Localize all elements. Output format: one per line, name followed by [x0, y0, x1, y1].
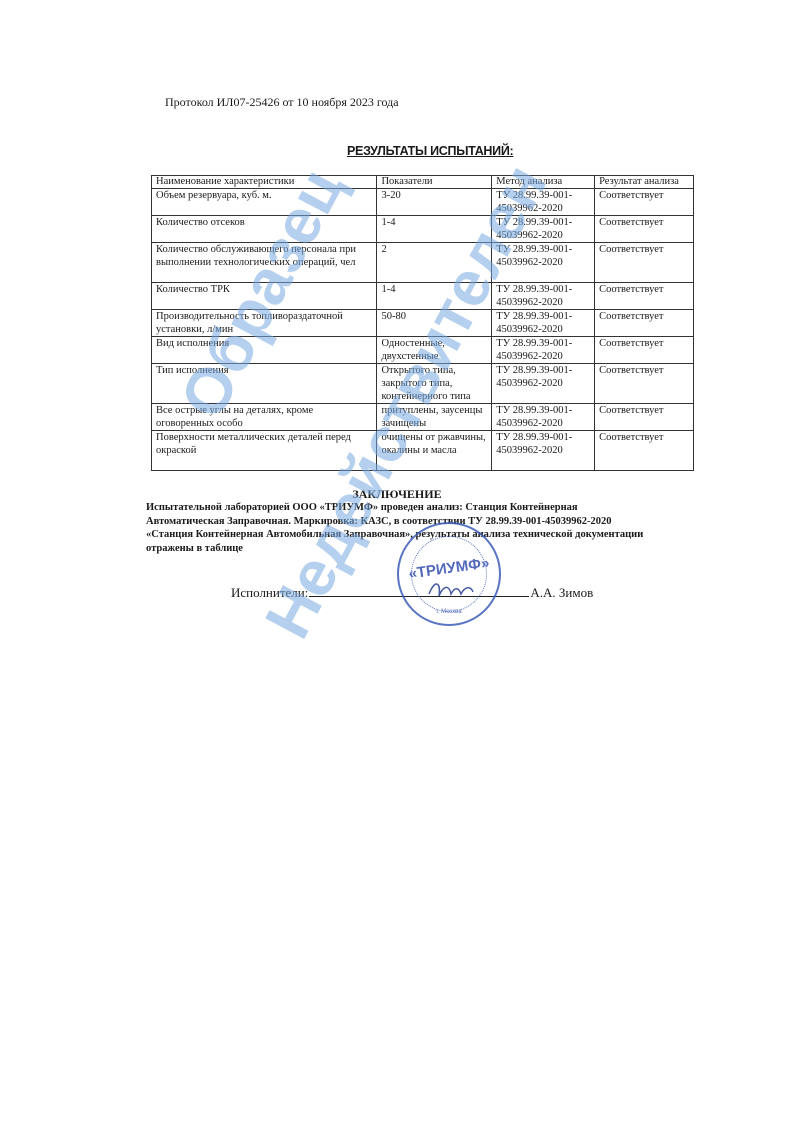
cell-method: ТУ 28.99.39-001-45039962-2020 [492, 189, 595, 216]
cell-result: Соответствует [595, 243, 694, 283]
table-row: Количество ТРК1-4ТУ 28.99.39-001-4503996… [152, 283, 694, 310]
cell-characteristic: Производительность топливораздаточной ус… [152, 310, 377, 337]
cell-result: Соответствует [595, 431, 694, 471]
signature-label: Исполнители: [231, 585, 308, 601]
cell-characteristic: Поверхности металлических деталей перед … [152, 431, 377, 471]
cell-result: Соответствует [595, 283, 694, 310]
cell-result: Соответствует [595, 404, 694, 431]
cell-characteristic: Все острые углы на деталях, кроме оговор… [152, 404, 377, 431]
table-header-row: Наименование характеристики Показатели М… [152, 176, 694, 189]
cell-result: Соответствует [595, 189, 694, 216]
cell-indicator: 50-80 [377, 310, 492, 337]
conclusion-title: ЗАКЛЮЧЕНИЕ [0, 487, 794, 502]
cell-result: Соответствует [595, 364, 694, 404]
cell-indicator: Открытого типа, закрытого типа, контейне… [377, 364, 492, 404]
table-row: Вид исполненияОдностенные, двухстенныеТУ… [152, 337, 694, 364]
cell-method: ТУ 28.99.39-001-45039962-2020 [492, 404, 595, 431]
table-row: Тип исполненияОткрытого типа, закрытого … [152, 364, 694, 404]
results-title: РЕЗУЛЬТАТЫ ИСПЫТАНИЙ: [347, 144, 513, 158]
cell-indicator: 1-4 [377, 216, 492, 243]
column-header-method: Метод анализа [492, 176, 595, 189]
cell-characteristic: Количество отсеков [152, 216, 377, 243]
column-header-indicators: Показатели [377, 176, 492, 189]
cell-method: ТУ 28.99.39-001-45039962-2020 [492, 216, 595, 243]
cell-method: ТУ 28.99.39-001-45039962-2020 [492, 431, 595, 471]
cell-method: ТУ 28.99.39-001-45039962-2020 [492, 243, 595, 283]
cell-indicator: 3-20 [377, 189, 492, 216]
column-header-result: Результат анализа [595, 176, 694, 189]
table-row: Количество отсеков1-4ТУ 28.99.39-001-450… [152, 216, 694, 243]
cell-indicator: 2 [377, 243, 492, 283]
cell-method: ТУ 28.99.39-001-45039962-2020 [492, 283, 595, 310]
company-stamp: «ТРИУМФ» г. Москва [397, 522, 501, 626]
results-table: Наименование характеристики Показатели М… [151, 175, 694, 471]
cell-indicator: Одностенные, двухстенные [377, 337, 492, 364]
cell-indicator: очищены от ржавчины, окалины и масла [377, 431, 492, 471]
column-header-characteristic: Наименование характеристики [152, 176, 377, 189]
table-row: Поверхности металлических деталей перед … [152, 431, 694, 471]
cell-result: Соответствует [595, 216, 694, 243]
stamp-city: г. Москва [399, 609, 499, 615]
cell-indicator: притуплены, заусенцы зачищены [377, 404, 492, 431]
signature-name: А.А. Зимов [530, 585, 593, 601]
cell-characteristic: Объем резервуара, куб. м. [152, 189, 377, 216]
cell-result: Соответствует [595, 337, 694, 364]
cell-characteristic: Вид исполнения [152, 337, 377, 364]
table-row: Все острые углы на деталях, кроме оговор… [152, 404, 694, 431]
table-row: Производительность топливораздаточной ус… [152, 310, 694, 337]
conclusion-text: Испытательной лабораторией ООО «ТРИУМФ» … [146, 501, 646, 555]
table-row: Объем резервуара, куб. м.3-20ТУ 28.99.39… [152, 189, 694, 216]
cell-method: ТУ 28.99.39-001-45039962-2020 [492, 310, 595, 337]
cell-indicator: 1-4 [377, 283, 492, 310]
protocol-header: Протокол ИЛ07-25426 от 10 ноября 2023 го… [165, 95, 399, 110]
cell-characteristic: Количество обслуживающего персонала при … [152, 243, 377, 283]
cell-characteristic: Тип исполнения [152, 364, 377, 404]
cell-method: ТУ 28.99.39-001-45039962-2020 [492, 337, 595, 364]
table-row: Количество обслуживающего персонала при … [152, 243, 694, 283]
cell-characteristic: Количество ТРК [152, 283, 377, 310]
cell-method: ТУ 28.99.39-001-45039962-2020 [492, 364, 595, 404]
cell-result: Соответствует [595, 310, 694, 337]
